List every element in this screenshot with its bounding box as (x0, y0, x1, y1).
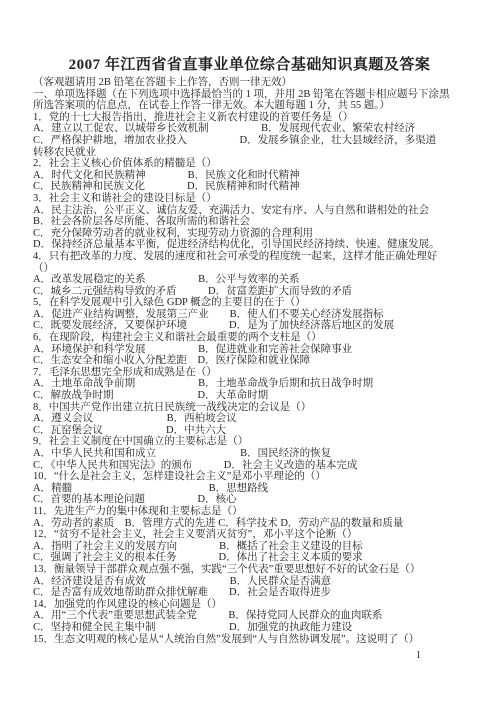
text-line: 12．“贫穷不是社会主义，社会主义要消灭贫穷”，邓小平这个论断（） (33, 529, 473, 541)
text-line: 所选答案项的信息点，在试卷上作答一律无效。本大题每题 1 分，共 55 题。） (33, 100, 473, 112)
exam-paper-page: 2007 年江西省省直事业单位综合基础知识真题及答案 （客观题请用 2B 铅笔在… (0, 0, 499, 706)
text-line: 一、单项选择题（在下列选项中选择最恰当的 1 项，并用 2B 铅笔在答题卡相应题… (33, 89, 473, 101)
text-line: C．民族精神和民族文化 D．民族精神和时代精神 (33, 181, 473, 193)
text-line: C．坚持和健全民主集中制 D．加强党的执政能力建设 (33, 622, 473, 634)
text-line: A．遵义会议 B．西柏坡会议 (33, 413, 473, 425)
text-line: C．城乡二元强结构导致的矛盾 D．贫富差距扩大而导致的矛盾 (33, 286, 473, 298)
text-line: 3．社会主义和谐社会的建设目标是（） (33, 193, 473, 205)
text-line: C．生态安全和缩小收入分配差距 D．医疗保险和就业保障 (33, 355, 473, 367)
text-line: A．建立以工促农、以城带乡长效机制 B．发展现代农业、繁荣农村经济 (33, 123, 473, 135)
text-line: A．促进产业结构调整，发展第三产业 B．使人们不要关心经济发展指标 (33, 309, 473, 321)
text-line: C．强调了社会主义的根本任务 D．体出了社会主义本质的要求 (33, 552, 473, 564)
text-line: 9．社会主义制度在中国确立的主要标志是（） (33, 436, 473, 448)
text-line: A．劳动者的素质 B．管理方式的先进 C．科学技术 D．劳动产品的数量和质量 (33, 518, 473, 530)
text-line: 转移农民就业 (33, 147, 473, 159)
text-line: A．时代文化和民族精神 B．民族文化和时代精神 (33, 170, 473, 182)
text-line: A．精髓 B．思想路线 (33, 483, 473, 495)
text-line: A．用“三个代表”重要思想武装全党 B．保持党同人民群众的血肉联系 (33, 610, 473, 622)
text-line: 6．在现阶段，构建社会主义和谐社会最重要的两个支柱是（） (33, 332, 473, 344)
text-line: C．严格保护耕地，增加农业投入 D．发展乡镇企业，壮大县域经济，多渠道 (33, 135, 473, 147)
text-line: 5．在科学发展观中引入绿色 GDP 概念的主要目的在于（） (33, 297, 473, 309)
text-line: 15．生态文明观的核心是从“人统治自然”发展到“人与自然协调发展”。这说明了（） (33, 634, 473, 646)
text-line: A．经济建设是否有成效 B．人民群众是否满意 (33, 576, 473, 588)
text-line: A．指明了社会主义的发展方向 B．概括了社会主义建设的目标 (33, 541, 473, 553)
text-line: C．充分保障劳动者的就业权利，实现劳动力资源的合理利用 (33, 228, 473, 240)
text-line: 1．党的十七大报告指出，推进社会主义新农村建设的首要任务是（） (33, 112, 473, 124)
text-line: C．《中华人民共和国宪法》的颁布 D．社会主义改造的基本完成 (33, 460, 473, 472)
text-line: （） (33, 263, 473, 275)
text-line: A．环境保护和科学发展 B．促进就业和完善社会保障事业 (33, 344, 473, 356)
text-line: （客观题请用 2B 铅笔在答题卡上作答，否则一律无效） (33, 77, 473, 89)
text-line: C．是否富有成效地帮助群众排忧解难 D．社会是否取得进步 (33, 587, 473, 599)
text-line: 8．中国共产党作出建立抗日民族统一战线决定的会议是（） (33, 402, 473, 414)
text-line: C．瓦窑堡会议 D．中共六大 (33, 425, 473, 437)
document-title: 2007 年江西省省直事业单位综合基础知识真题及答案 (0, 53, 499, 74)
text-line: C．既要发展经济，又要保护环境 D．是为了加快经济落后地区的发展 (33, 320, 473, 332)
text-line: 14．加强党的作风建设的核心问题是（） (33, 599, 473, 611)
text-line: A．中华人民共和国和成立 B．国民经济的恢复 (33, 448, 473, 460)
text-line: C．首要的基本理论问题 D．核心 (33, 494, 473, 506)
text-line: A．民主法治、公平正义、诚信友爱、充满活力、安定有序、人与自然和谐相处的社会 (33, 205, 473, 217)
page-number: 1 (416, 650, 421, 661)
text-line: C．解放战争时期 D．大革命时期 (33, 390, 473, 402)
text-line: 2．社会主义核心价值体系的精髓是（） (33, 158, 473, 170)
text-line: 10．“什么是社会主义，怎样建设社会主义”是邓小平理论的（） (33, 471, 473, 483)
document-body: （客观题请用 2B 铅笔在答题卡上作答，否则一律无效）一、单项选择题（在下列选项… (33, 77, 473, 645)
text-line: A．土地革命战争前期 B．土地革命战争后期和抗日战争时期 (33, 378, 473, 390)
text-line: B．社会各阶层各尽所能、各取所需的和谐社会 (33, 216, 473, 228)
text-line: 4．只有把改革的力度、发展的速度和社会可承受的程度统一起来，这样才能正确处理好 (33, 251, 473, 263)
text-line: 13．衡量领导干部群众观点强不强，实践“三个代表”重要思想好不好的试金石是（） (33, 564, 473, 576)
text-line: D．保持经济总量基本平衡，促进经济结构优化，引导国民经济持续、快速、健康发展。 (33, 239, 473, 251)
text-line: A．改革发展稳定的关系 B．公平与效率的关系 (33, 274, 473, 286)
text-line: 7．毛泽东思想完全形成和成熟是在（） (33, 367, 473, 379)
text-line: 11．先进生产力的集中体现和主要标志是（） (33, 506, 473, 518)
